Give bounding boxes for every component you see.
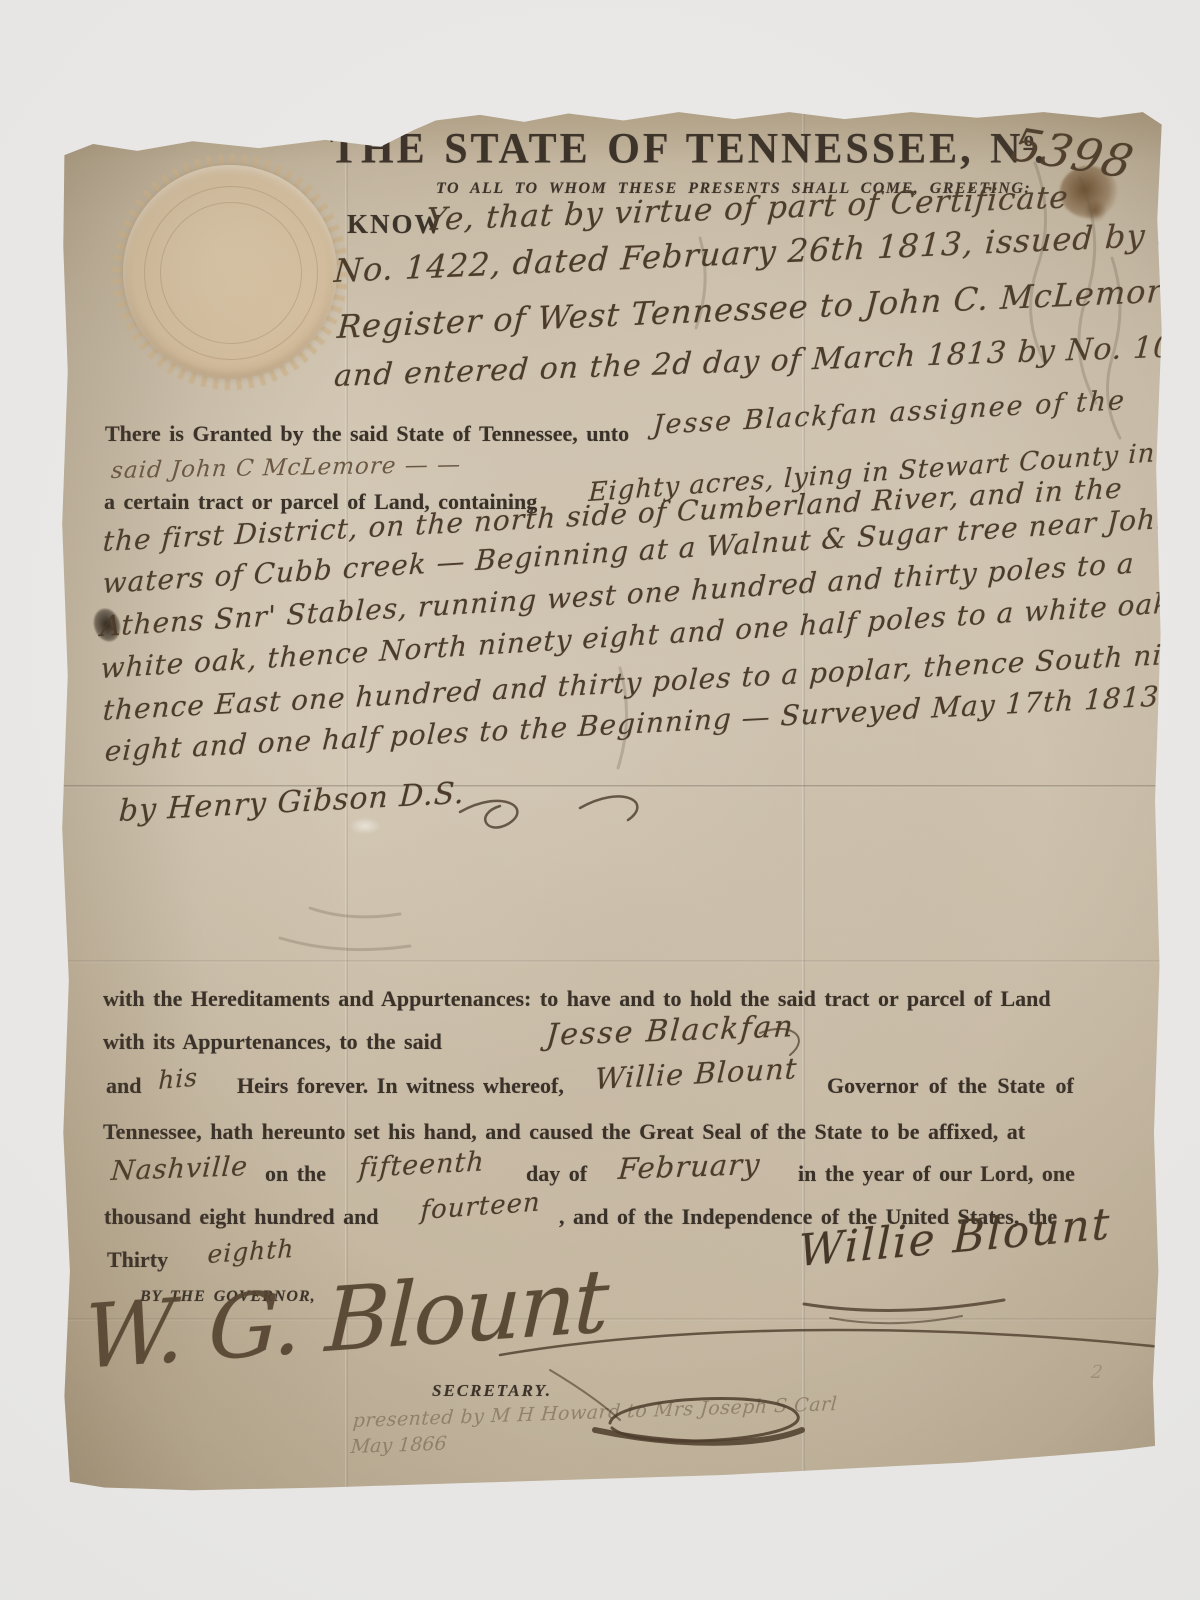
title-main: THE STATE OF TENNESSEE, N [330, 125, 1023, 173]
thousand-print: thousand eight hundred and [104, 1204, 379, 1230]
photo-background: THE STATE OF TENNESSEE, No. 5398 TO ALL … [0, 0, 1200, 1600]
page-number: 2 [1090, 1362, 1104, 1383]
great-seal-inner-ring-2 [160, 202, 302, 344]
thirty-print: Thirty [107, 1247, 168, 1273]
on-the-print: on the [265, 1161, 326, 1187]
granted-print-line: There is Granted by the said State of Te… [105, 421, 629, 447]
month-script: February [617, 1147, 762, 1186]
provenance-note-line-2: May 1866 [350, 1433, 447, 1458]
document-paper: THE STATE OF TENNESSEE, No. 5398 TO ALL … [60, 108, 1165, 1493]
grantee-script: Jesse Blackfan assignee of the [652, 385, 1127, 441]
governor-of-print: Governor of the State of [827, 1073, 1074, 1099]
heirs-print: Heirs forever. In witness whereof, [237, 1073, 564, 1099]
secretary-label: SECRETARY. [432, 1381, 552, 1401]
day-of-print: day of [526, 1161, 587, 1187]
surveyor-script: by Henry Gibson D.S. [118, 776, 466, 829]
year-of-lord-print: in the year of our Lord, one [798, 1161, 1075, 1187]
assignor-script: said John C McLemore — — [110, 452, 462, 484]
eighth-script: eighth [207, 1234, 295, 1269]
day-script: fifteenth [358, 1146, 486, 1184]
document-title: THE STATE OF TENNESSEE, No. [330, 124, 1047, 174]
governor-name-script: Willie Blount [594, 1051, 798, 1096]
his-script: his [158, 1062, 198, 1095]
grant-number: 5398 [1006, 118, 1140, 189]
provenance-note-line-1: presented by M H Howard to Mrs Joseph S … [352, 1393, 838, 1432]
grantee-script-2: Jesse Blackfan [545, 1009, 796, 1053]
and-print: and [106, 1073, 141, 1099]
year-script: fourteen [420, 1187, 541, 1226]
horizontal-fold-faint [60, 960, 1165, 963]
appurtenances-line: with its Appurtenances, to the said [103, 1029, 442, 1055]
paper-chip-mark [350, 818, 380, 834]
great-seal-line: Tennessee, hath hereunto set his hand, a… [103, 1119, 1025, 1145]
place-script: Nashville [110, 1151, 249, 1187]
hereditaments-line: with the Hereditaments and Appurtenances… [103, 986, 1051, 1012]
